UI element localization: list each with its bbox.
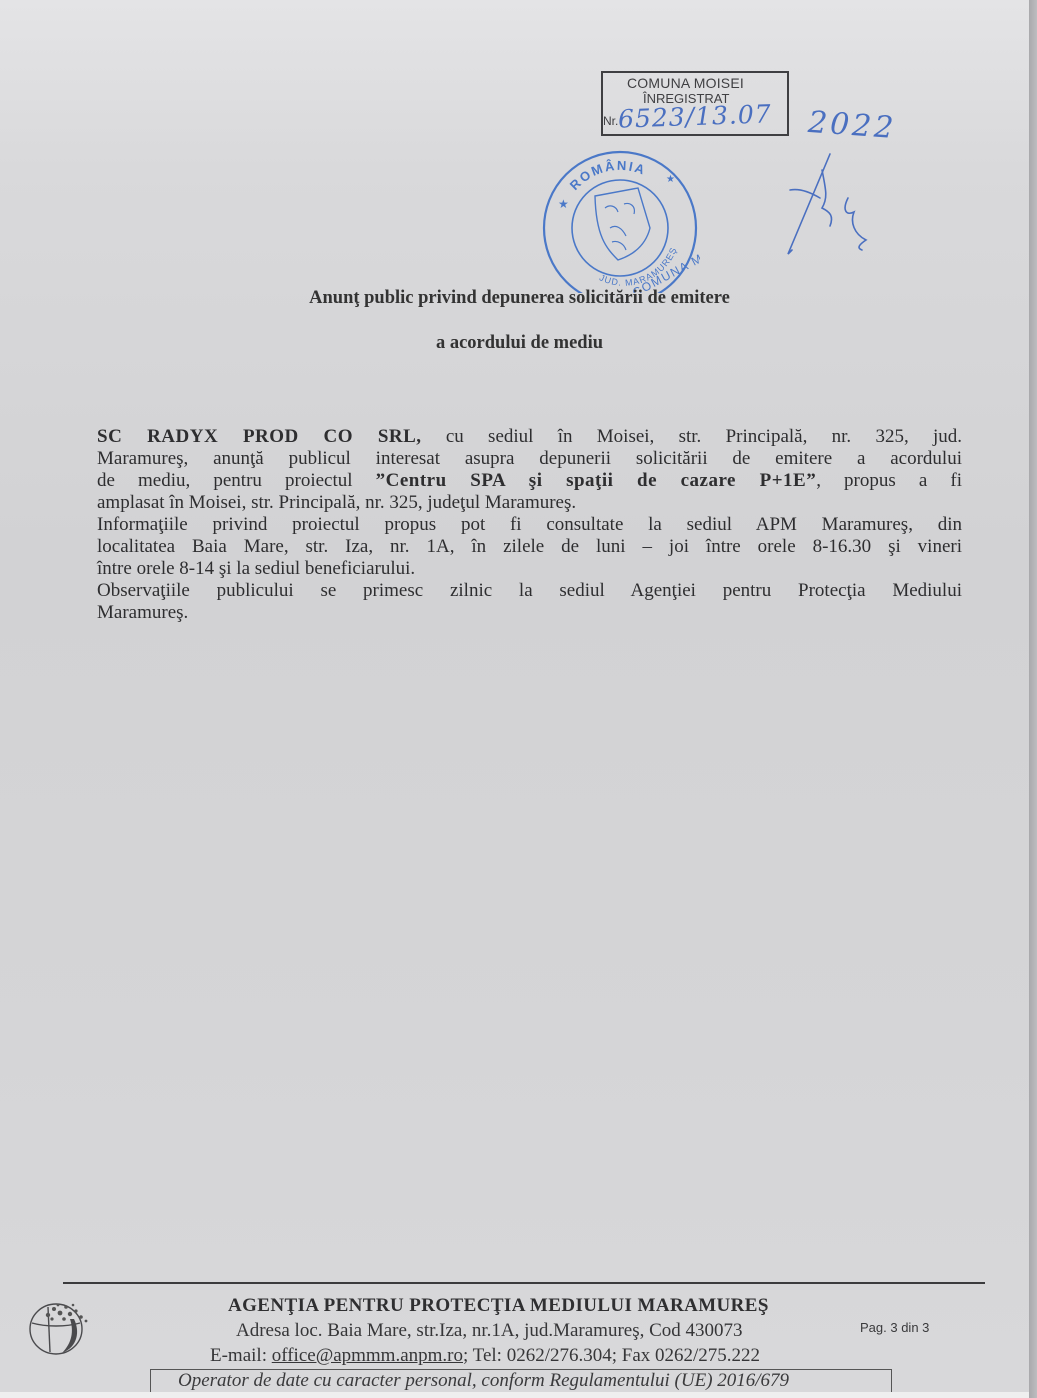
body-text-run: Maramureş, anunţă publicul interesat asu… bbox=[97, 448, 962, 469]
body-text-run: Observaţiile publicului se primesc zilni… bbox=[97, 580, 962, 601]
svg-text:★: ★ bbox=[666, 174, 675, 185]
page-indicator: Pag. 3 din 3 bbox=[860, 1320, 929, 1335]
document-page: COMUNA MOISEI ÎNREGISTRAT Nr. 6523/13.07… bbox=[0, 0, 1029, 1392]
body-emphasis: ”Centru SPA şi spaţii de cazare P+1E” bbox=[376, 470, 817, 491]
official-seal-icon: ROMÂNIA JUD. MARAMUREŞ COMUNA MOISEI ★ ★ bbox=[540, 148, 700, 293]
footer-phone-fax: ; Tel: 0262/276.304; Fax 0262/275.222 bbox=[463, 1345, 760, 1366]
scan-page-edge bbox=[1029, 0, 1037, 1398]
body-line: între orele 8-14 şi la sediul beneficiar… bbox=[97, 558, 962, 580]
footer-divider bbox=[63, 1282, 985, 1284]
svg-text:★: ★ bbox=[558, 197, 569, 211]
body-line: de mediu, pentru proiectul ”Centru SPA ş… bbox=[97, 470, 962, 492]
stamp-institution: COMUNA MOISEI bbox=[627, 75, 744, 91]
body-line: localitatea Baia Mare, str. Iza, nr. 1A,… bbox=[97, 536, 962, 558]
body-line: SC RADYX PROD CO SRL, cu sediul în Moise… bbox=[97, 426, 962, 448]
signature-icon bbox=[770, 150, 900, 260]
body-line: Maramureş. bbox=[97, 602, 962, 624]
body-emphasis: SC RADYX PROD CO SRL, bbox=[97, 426, 422, 447]
footer-operator-note: Operator de date cu caracter personal, c… bbox=[178, 1370, 789, 1392]
body-line: Observaţiile publicului se primesc zilni… bbox=[97, 580, 962, 602]
footer-address: Adresa loc. Baia Mare, str.Iza, nr.1A, j… bbox=[236, 1320, 743, 1342]
announcement-body: SC RADYX PROD CO SRL, cu sediul în Moise… bbox=[97, 426, 962, 624]
footer-agency-name: AGENŢIA PENTRU PROTECŢIA MEDIULUI MARAMU… bbox=[228, 1295, 769, 1317]
body-line: Maramureş, anunţă publicul interesat asu… bbox=[97, 448, 962, 470]
stamp-nr-label: Nr. bbox=[603, 114, 618, 128]
body-text-run: cu sediul în Moisei, str. Principală, nr… bbox=[422, 426, 962, 447]
body-text-run: Informaţiile privind proiectul propus po… bbox=[97, 514, 962, 535]
apm-logo-icon bbox=[26, 1297, 106, 1357]
footer-email-link[interactable]: office@apmmm.anpm.ro bbox=[272, 1345, 463, 1366]
body-text-run: între orele 8-14 şi la sediul beneficiar… bbox=[97, 558, 415, 579]
registration-number: 6523/13.07 bbox=[618, 99, 773, 133]
scan-bottom-margin bbox=[0, 1392, 1029, 1398]
body-text-run: localitatea Baia Mare, str. Iza, nr. 1A,… bbox=[97, 536, 962, 557]
body-text-run: de mediu, pentru proiectul bbox=[97, 470, 376, 491]
body-text-run: Maramureş. bbox=[97, 602, 188, 623]
announcement-title-line1: Anunţ public privind depunerea solicităr… bbox=[5, 288, 1034, 309]
body-line: Informaţiile privind proiectul propus po… bbox=[97, 514, 962, 536]
registration-year: 2022 bbox=[807, 105, 898, 146]
footer-contact: E-mail: office@apmmm.anpm.ro; Tel: 0262/… bbox=[210, 1345, 760, 1367]
footer-email-label: E-mail: bbox=[210, 1345, 272, 1366]
body-text-run: amplasat în Moisei, str. Principală, nr.… bbox=[97, 492, 576, 513]
body-line: amplasat în Moisei, str. Principală, nr.… bbox=[97, 492, 962, 514]
body-text-run: , propus a fi bbox=[816, 470, 962, 491]
announcement-title-line2: a acordului de mediu bbox=[5, 333, 1034, 354]
